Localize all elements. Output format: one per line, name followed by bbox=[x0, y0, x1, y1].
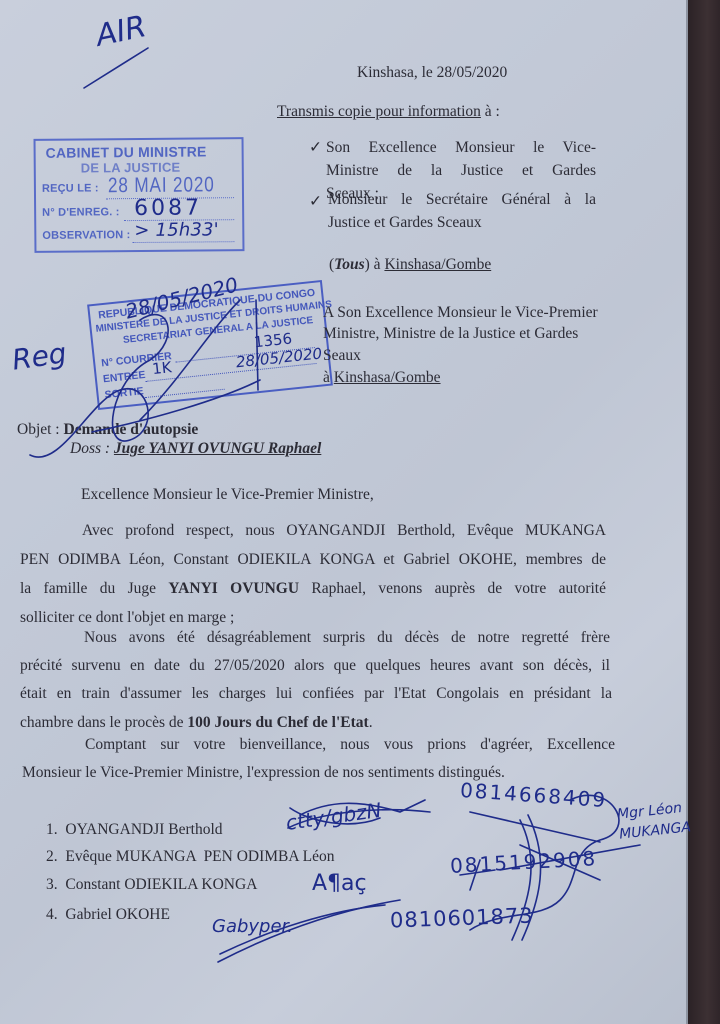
body-line: Avec profond respect, nous OYANGANDJI Be… bbox=[82, 521, 606, 541]
addressee-location: à Kinshasa/Gombe bbox=[323, 368, 441, 388]
body-line: chambre dans le procès de 100 Jours du C… bbox=[20, 713, 373, 733]
stamp-recu-label: REÇU LE : bbox=[42, 182, 99, 194]
signatory-num: 3. bbox=[46, 876, 58, 893]
stamp-observation-value: > 15h33' bbox=[134, 219, 219, 241]
tous-location: Kinshasa/Gombe bbox=[384, 256, 491, 273]
signatory-item: 1. OYANGANDJI Berthold bbox=[46, 820, 223, 840]
stamp-line-1: CABINET DU MINISTRE bbox=[46, 143, 207, 160]
signatory-item: 3. Constant ODIEKILA KONGA bbox=[46, 875, 257, 895]
tous-label: Tous bbox=[334, 256, 364, 273]
signatory-name: Gabriel OKOHE bbox=[65, 906, 170, 923]
signatory-name: Evêque MUKANGA PEN ODIMBA Léon bbox=[65, 848, 334, 865]
signatory-num: 1. bbox=[46, 821, 58, 838]
addressee-line: Ministre, Ministre de la Justice et Gard… bbox=[323, 324, 578, 344]
stamp-handwritten-initials: 1K bbox=[151, 358, 172, 378]
stamp-observation-label: OBSERVATION : bbox=[42, 229, 130, 242]
signatory-name: Constant ODIEKILA KONGA bbox=[65, 876, 257, 893]
place-date: Kinshasa, le 28/05/2020 bbox=[357, 63, 507, 83]
stamp-enreg-value: 6087 bbox=[134, 195, 202, 221]
transmis-label: Transmis copie pour information bbox=[277, 103, 481, 120]
body-line: PEN ODIMBA Léon, Constant ODIEKILA KONGA… bbox=[20, 550, 606, 570]
stamp-enreg-label: N° D'ENREG. : bbox=[42, 206, 120, 219]
objet-value: Demande d'autopsie bbox=[64, 421, 199, 438]
addressee-location-value: Kinshasa/Gombe bbox=[334, 369, 441, 386]
signatory-num: 4. bbox=[46, 906, 58, 923]
body-line: Comptant sur votre bienveillance, nous v… bbox=[85, 735, 615, 755]
objet-label: Objet : bbox=[17, 421, 60, 438]
body-line: Nous avons été désagréablement surpris d… bbox=[84, 628, 610, 648]
signatory-num: 2. bbox=[46, 848, 58, 865]
stamp-entree-label: ENTREE bbox=[102, 369, 146, 385]
tous-suffix: à bbox=[370, 256, 385, 273]
cc-bullet-2: ✓ bbox=[309, 192, 322, 212]
cc-bullet-1: ✓ bbox=[309, 138, 322, 158]
transmis-heading: Transmis copie pour information à : bbox=[277, 102, 500, 122]
tous-line: (Tous) à Kinshasa/Gombe bbox=[329, 255, 491, 275]
body-line: la famille du Juge YANYI OVUNGU Raphael,… bbox=[20, 579, 606, 599]
signatory-item: 2. Evêque MUKANGA PEN ODIMBA Léon bbox=[46, 847, 334, 867]
objet-line: Objet : Demande d'autopsie bbox=[17, 420, 198, 440]
signatory-name: OYANGANDJI Berthold bbox=[65, 821, 222, 838]
cc-line: Son Excellence Monsieur le Vice- bbox=[326, 138, 596, 158]
body-line: solliciter ce dont l'objet en marge ; bbox=[20, 608, 234, 628]
body-line: précité survenu en date du 27/05/2020 al… bbox=[20, 656, 610, 676]
addressee-line: A Son Excellence Monsieur le Vice-Premie… bbox=[323, 303, 598, 323]
handwritten-phone-4: 0810601873 bbox=[390, 904, 534, 933]
salutation: Excellence Monsieur le Vice-Premier Mini… bbox=[81, 485, 374, 505]
body-line: Monsieur le Vice-Premier Ministre, l'exp… bbox=[22, 763, 505, 783]
cc-line: Justice et Gardes Sceaux bbox=[328, 213, 482, 233]
stamp-cabinet-ministre: CABINET DU MINISTRE DE LA JUSTICE REÇU L… bbox=[34, 137, 245, 253]
transmis-suffix: à : bbox=[481, 103, 500, 120]
doss-line: Doss : Juge YANYI OVUNGU Raphael bbox=[70, 439, 321, 459]
signatory-item: 4. Gabriel OKOHE bbox=[46, 905, 170, 925]
body-line: était en train d'assumer les charges lui… bbox=[20, 684, 612, 704]
background-edge bbox=[688, 0, 720, 1024]
cc-line: Ministre de la Justice et Gardes bbox=[326, 161, 596, 181]
cc-line: Monsieur le Secrétaire Général à la bbox=[328, 190, 596, 210]
addressee-line: Seaux bbox=[323, 346, 361, 366]
addressee-location-prefix: à bbox=[323, 369, 334, 386]
doss-label: Doss : bbox=[70, 440, 110, 457]
doss-value: Juge YANYI OVUNGU Raphael bbox=[114, 440, 321, 457]
stamp-sortie-label: SORTIE bbox=[104, 385, 144, 401]
